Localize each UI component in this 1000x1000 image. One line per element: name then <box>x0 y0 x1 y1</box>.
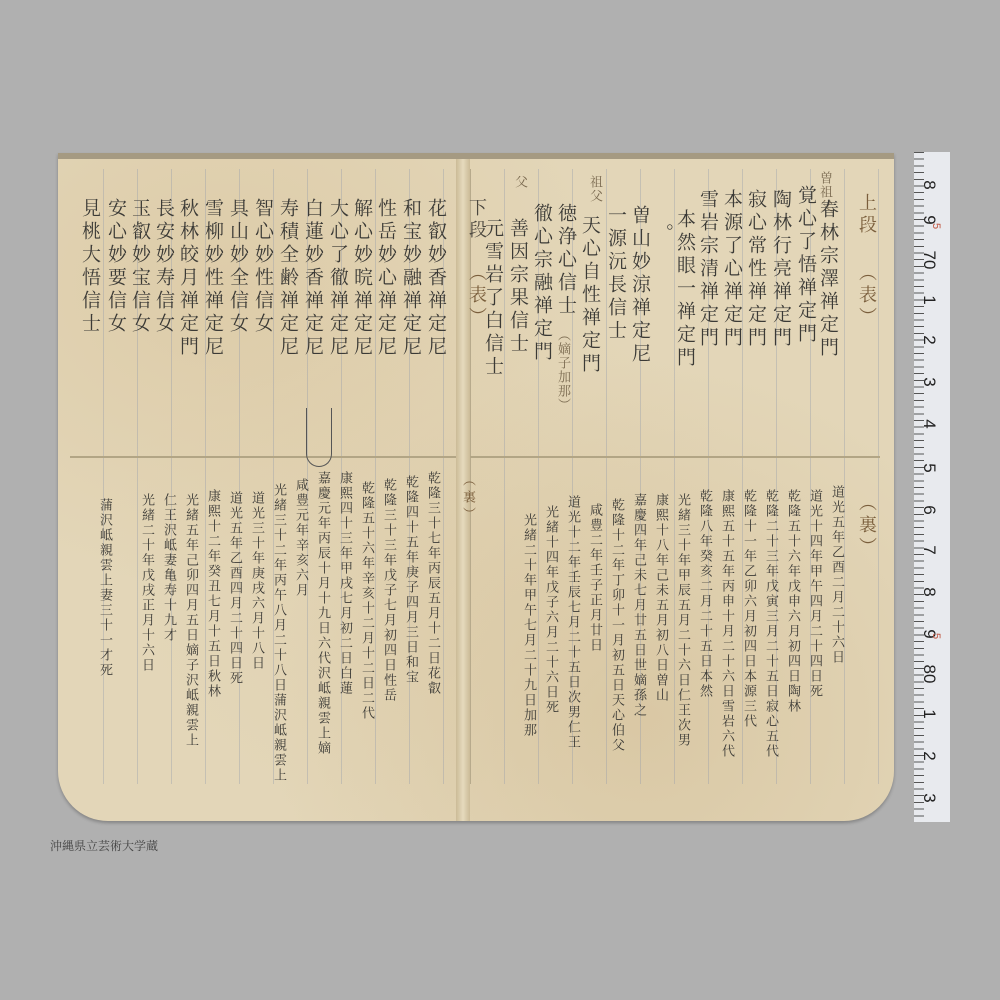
text-column: 乾隆三十七年丙辰五月十二日花叡 <box>426 471 439 696</box>
text-column: 光緒十四年戊子六月二十六日死 <box>544 505 557 715</box>
text-column: 雪柳妙性禅定尼 <box>203 198 222 359</box>
text-column: 善因宗果信士 <box>508 218 527 356</box>
lower-section-label: 下段 <box>463 198 489 242</box>
annotation-aside: （嫡子加那） <box>556 328 569 412</box>
text-column: 道光三十年庚戌六月十八日 <box>250 491 263 671</box>
text-column: 道光五年乙酉四月二十四日死 <box>228 491 241 686</box>
ruler-label-half: 5 <box>930 626 942 646</box>
text-column: 光緒五年己卯四月五日嫡子沢岻親雲上 <box>184 493 197 748</box>
text-column: 解心妙晥禅定尼 <box>352 198 371 359</box>
ruler-label: 3 <box>919 788 939 808</box>
ruler-label: 3 <box>919 372 939 392</box>
text-column: 光緒二十年甲午七月二十九日加那 <box>522 513 535 738</box>
text-column: 乾隆八年癸亥二月二十五日本然 <box>698 489 711 699</box>
text-column: 光緒三十二年丙午八月二十八日蒲沢岻親雲上 <box>272 483 285 783</box>
text-column: 康熙五十五年丙申十月二十六日雪岩六代 <box>720 489 733 759</box>
text-column: 天心自性禅定門 <box>580 215 599 376</box>
right-page-tear-line <box>470 456 880 458</box>
text-column: 本然眼一禅定門 <box>675 209 694 370</box>
text-column: 見桃大悟信士 <box>80 198 99 336</box>
ruler-label: 6 <box>919 500 939 520</box>
text-column: 咸豊元年辛亥六月 <box>294 478 307 598</box>
text-column: 嘉慶元年丙辰十月十九日六代沢岻親雲上嫡 <box>316 471 329 756</box>
text-column: 道光十二年壬辰七月二十五日次男仁王 <box>566 495 579 750</box>
back-side-label: （裏） <box>853 493 879 559</box>
text-column: 長安妙寿信女 <box>154 198 173 336</box>
ruler-label: 4 <box>919 414 939 434</box>
ruler-label: 8 <box>919 175 939 195</box>
ruler-label: 2 <box>919 330 939 350</box>
text-column: 玉叡妙宝信女 <box>130 198 149 336</box>
annotation-father: 父 <box>513 175 526 189</box>
text-column: 寿積全齢禅定尼 <box>278 198 297 359</box>
ruler-label: 5 <box>919 458 939 478</box>
text-column: 光緒三十年甲辰五月二十六日仁王次男 <box>676 493 689 748</box>
text-column: 安心妙要信女 <box>106 198 125 336</box>
ruler-label-half: 5 <box>930 216 942 236</box>
text-column: 光緒二十年戊戌正月十六日 <box>140 493 153 673</box>
collection-credit: 沖縄県立芸術大学蔵 <box>50 837 158 854</box>
text-column: 乾隆十二年丁卯十一月初五日天心伯父 <box>610 498 623 753</box>
text-column: 和宝妙融禅定尼 <box>401 198 420 359</box>
text-column: 乾隆三十三年戊子七月初四日性岳 <box>382 478 395 703</box>
notebook-top-edge <box>58 153 894 159</box>
text-column: 仁王沢岻妻亀寿十九才 <box>162 493 175 643</box>
annotation-grandfather: 祖父 <box>588 175 601 203</box>
text-column: 道光五年乙酉二月二十六日 <box>830 485 843 665</box>
text-column: 覚心了悟禅定門 <box>796 185 815 346</box>
text-column: 乾隆五十六年戊申六月初四日陶林 <box>786 489 799 714</box>
left-back-side-label: （裏） <box>458 473 477 524</box>
text-column: 春林宗澤禅定門 <box>818 199 837 360</box>
ruler-label: 70 <box>919 250 939 270</box>
ruler-label: 80 <box>919 664 939 684</box>
front-side-label: （表） <box>853 263 879 329</box>
notebook-photo: 上段 （表） 曽祖父 春林宗澤禅定門 覚心了悟禅定門 陶林行亮禅定門 寂心常性禅… <box>58 153 894 821</box>
swap-arrow-mark <box>306 408 332 467</box>
ruler-label: 1 <box>919 704 939 724</box>
text-column: 乾隆五十六年辛亥十二月十二日二代 <box>360 481 373 721</box>
ruler-label: 1 <box>919 290 939 310</box>
ruler-label: 2 <box>919 746 939 766</box>
text-column: 徳浄心信士 <box>556 203 575 318</box>
text-column: 本源了心禅定門 <box>722 189 741 350</box>
text-column: 康熙十二年癸丑七月十五日秋林 <box>206 489 219 699</box>
text-column: 嘉慶四年己未七月廿五日世嫡孫之 <box>632 493 645 718</box>
text-column: 乾隆十一年乙卯六月初四日本源三代 <box>742 489 755 729</box>
upper-section-label: 上段 <box>853 193 879 237</box>
left-page-tear-line <box>70 456 456 458</box>
text-column: 陶林行亮禅定門 <box>771 189 790 350</box>
text-column: 蒲沢岻親雲上妻三十一才死 <box>98 498 111 678</box>
text-column: 具山妙全信女 <box>228 198 247 336</box>
text-column: 徹心宗融禅定門 <box>532 203 551 364</box>
text-column: 曽山妙涼禅定尼 <box>630 205 649 366</box>
text-column: 咸豊二年壬子正月廿日 <box>588 503 601 653</box>
text-column: 大心了徹禅定尼 <box>328 198 347 359</box>
text-column: 花叡妙香禅定尼 <box>426 198 445 359</box>
text-column: 康熙四十三年甲戌七月初二日白蓮 <box>338 471 351 696</box>
text-column: 雪岩宗清禅定門 <box>698 189 717 350</box>
text-column: 寂心常性禅定門 <box>746 189 765 350</box>
text-column: 乾隆二十三年戊寅三月二十五日寂心五代 <box>764 489 777 759</box>
lower-front-side-label: （表） <box>463 263 489 329</box>
text-column: 道光十四年甲午四月二十四日死 <box>808 489 821 699</box>
text-column: 康熙十八年己未五月初八日曽山 <box>654 493 667 703</box>
text-column: 乾隆四十五年庚子四月三日和宝 <box>404 475 417 685</box>
ruler-label: 7 <box>919 540 939 560</box>
text-column: 智心妙性信女 <box>253 198 272 336</box>
ruler-label: 8 <box>919 582 939 602</box>
circle-mark: 。 <box>653 223 672 246</box>
text-column: 性岳妙心禅定尼 <box>376 198 395 359</box>
text-column: 一源沅長信士 <box>606 205 625 343</box>
text-column: 白蓮妙香禅定尼 <box>303 198 322 359</box>
text-column: 秋林皎月禅定門 <box>178 198 197 359</box>
